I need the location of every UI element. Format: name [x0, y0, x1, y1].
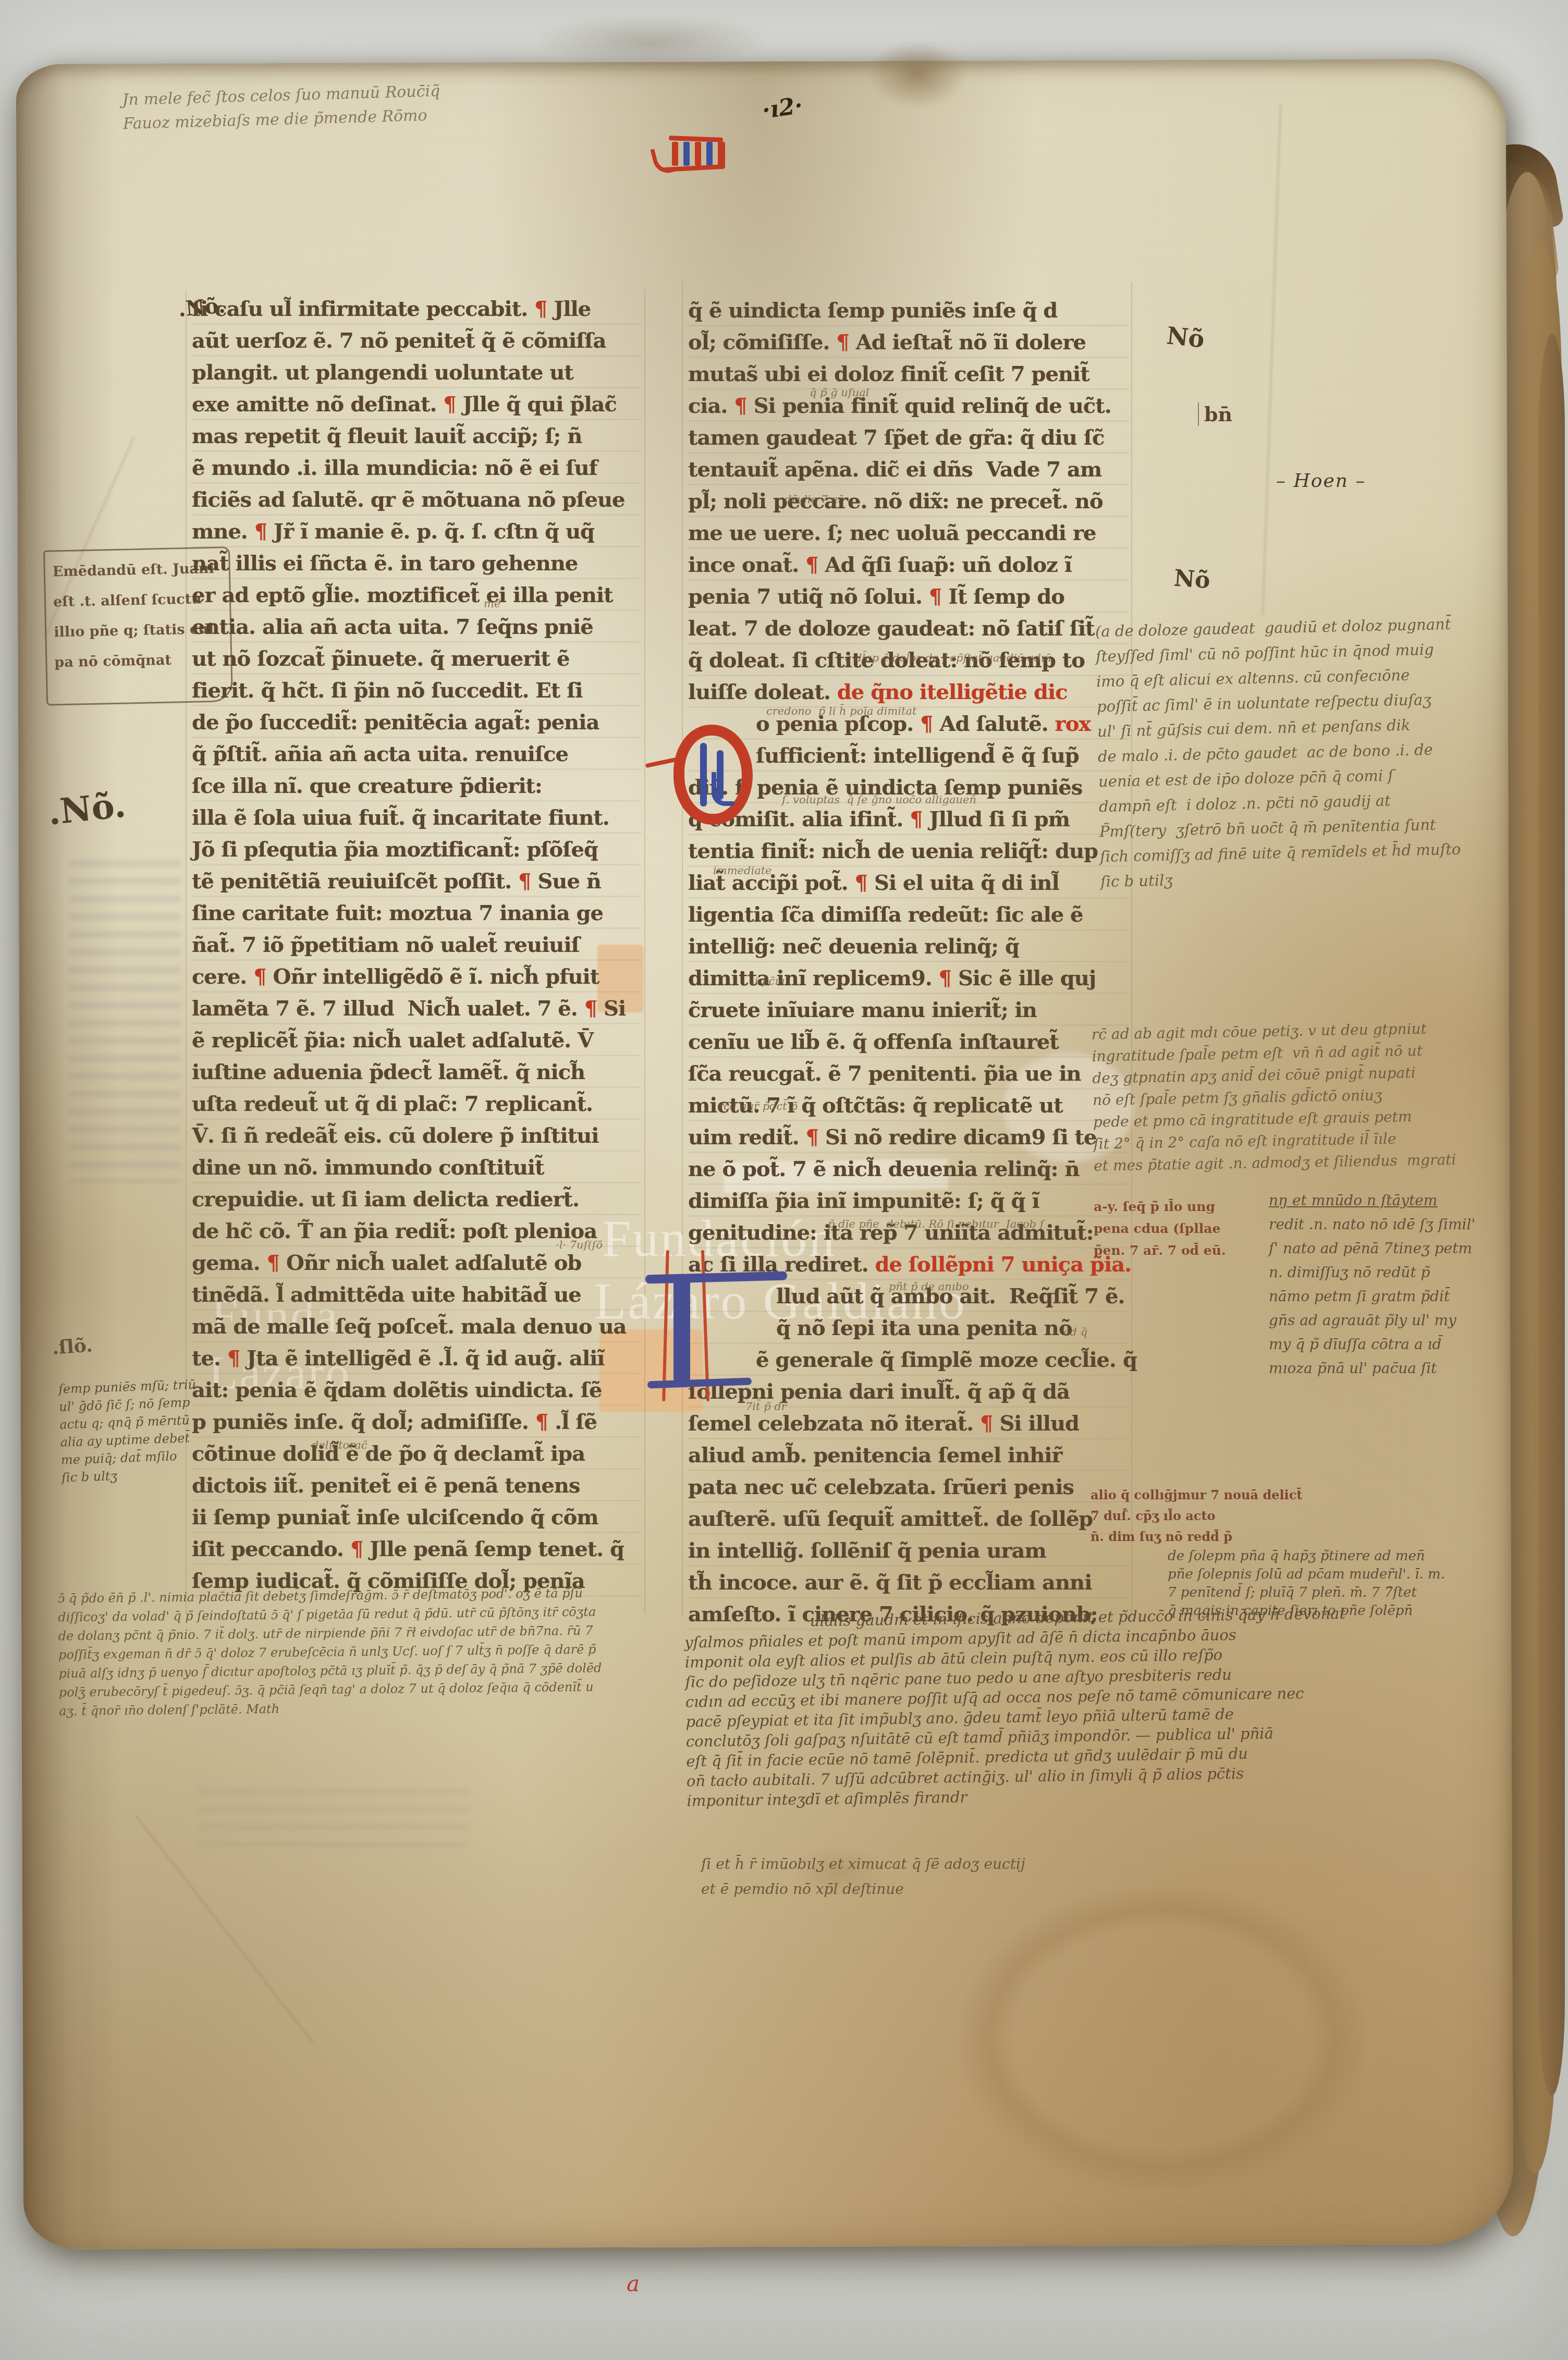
initial-d-blue-bar — [700, 743, 707, 806]
bottom-main-annotation: ulalis gaudm̄ et in ıficis anno deponit … — [684, 1600, 1547, 1811]
text-line: uim redit̃. ¶ Si nõ redire dicam9 ſi te — [688, 1121, 1129, 1153]
text-line: fierit. q̃ hc̃t. ſi p̃in nõ ſuccedit. Et… — [192, 675, 641, 706]
text-line: 7 penītend̄ ſ; pluīq̄ 7 plen̄. m̄. 7 7̄ſ… — [1168, 1584, 1548, 1602]
text-line: c̃ruete inĩuiare manu inierit̃; in — [688, 994, 1129, 1026]
text-line: me ue uere. ſ; nec uoluã peccandi re — [688, 517, 1129, 549]
nota-mark-left-big: .Nõ. — [46, 784, 127, 833]
ruling-line — [1131, 282, 1132, 1616]
text-line: nāmo petm ſi gratm p̃dit̄ — [1269, 1285, 1550, 1309]
text-line: leat. 7 de doloze gaudeat: nõ ſatiſ ſit̃ — [688, 613, 1129, 644]
text-line: te. ¶ Jta ẽ intelligẽd ẽ .l̃. q̃ id aug̃… — [192, 1342, 641, 1374]
interlinear-gloss: p̄ dīe pñe debıtū. Rō ſi nebıtur Jacob ſ — [828, 1218, 1044, 1230]
text-line: mıoza p̃nā ul' pac̄ua ſit — [1269, 1356, 1550, 1380]
text-line: crepuidie. ut ſi iam delicta rediert̃. — [192, 1183, 641, 1215]
hoen-inscription: – Hoen – — [1276, 470, 1366, 492]
text-line: V̄. ſi ñ redeãt̃ eis. cũ dolere p̃ inſti… — [192, 1120, 641, 1152]
text-line: tentia finit̃: nich̃ de uenia reliq̃t̃: … — [688, 835, 1129, 867]
text-line: nŋ et mnūdo n ſtāytem — [1269, 1189, 1550, 1213]
text-line: ait: penia ẽ q̃dam dolẽtis uindicta. ſẽ — [192, 1374, 641, 1406]
text-line: pl̃; noli peccare. nõ dix̃: ne precet̃. … — [688, 485, 1129, 517]
text-line: gema. ¶ Oñr nich̃ ualet adſalutẽ ob — [192, 1247, 641, 1279]
text-line: lamẽta 7 ẽ. 7 illud Nich̃ ualet. 7 ẽ. ¶ … — [192, 993, 641, 1024]
text-line: tinẽdã. l̃ admittẽda uite habitãd̃ ue — [192, 1279, 641, 1311]
interlinear-gloss: credono p̃ li h̄ poīa dimitat — [766, 705, 916, 717]
text-line: intellig̃: nec̃ deuenia relinq̃; q̃ — [688, 931, 1129, 962]
initial-d-blue-hook — [712, 772, 734, 806]
nota-mark-left-low: .ſlõ. — [52, 1334, 93, 1359]
text-line: redit .n. nato nō ıdē ſʒ ſimil' — [1269, 1213, 1550, 1237]
interlinear-gloss: pñt p̃ de anıbo — [889, 1280, 969, 1293]
text-column-right: q̃ ẽ uindicta ſemp puniẽs inſe q̃ dol̃; … — [688, 295, 1129, 1630]
text-line: ince onat̃. ¶ Ad q̃ſi ſuap̃: uñ doloz ĩ — [688, 549, 1129, 581]
text-line: ficiẽs ad ſalutẽ. qr ẽ mõtuana nõ pſeue — [192, 484, 641, 516]
text-line: ligentia ſc̃a dimiſſa redeũt: ſic ale ẽ — [688, 899, 1129, 931]
text-line: cenĩu ue lib̃ ẽ. q̃ offenſa inſtauret̃ — [688, 1026, 1129, 1058]
text-line: plangit. ut plangendi uoluntate ut — [192, 357, 641, 388]
text-line: gn̄s ad agrauāt p̃ly ul' my — [1269, 1309, 1550, 1332]
interlinear-gloss: 7it̄ p̃ dr̄ — [745, 1400, 787, 1413]
nota-mark-right-top: Nõ — [1165, 321, 1206, 353]
text-line: ẽ replicẽt̃ p̃ia: nich̃ ualet adſalutẽ. … — [192, 1024, 641, 1056]
text-line: dine un nõ. immundo conſtituit̃ — [192, 1152, 641, 1183]
initial-i-red-flourish — [662, 1250, 669, 1401]
interlinear-gloss: delıctorac̄ — [312, 1439, 367, 1451]
interlinear-gloss: q̄ dl̄ap ē doloz de ſ cp̃ſtat̄ gaudiū ad… — [844, 652, 1051, 664]
text-line: ẽ mundo .i. illa mundicia: nõ ẽ ei ſuf — [192, 452, 641, 484]
text-line: p puniẽs inſe. q̃ dol̃; admiſiſſe. ¶ .l̃… — [192, 1406, 641, 1438]
folio-bar-red — [672, 142, 678, 166]
initial-i-ornament — [645, 1266, 802, 1391]
text-line: dictois iit̃. penitet̃ ei ẽ penã tenens — [192, 1470, 641, 1501]
interlinear-gloss: ad q̄ — [1063, 1326, 1087, 1338]
text-line: ſce illa nĩ. que creature p̃dierit: — [192, 770, 641, 802]
text-line: exe amitte nõ deſinat. ¶ Jlle q̃ qui p̃l… — [192, 388, 641, 420]
text-line: Jõ ſi pſequtia p̃ia moztificant̃: pſõſeq… — [192, 834, 641, 865]
text-line: de p̃o ſuccedit̃: penitẽcia agat̃: penia — [192, 706, 641, 738]
text-line: cia. ¶ Si penia finit̃ quid relinq̃ de u… — [688, 390, 1129, 422]
text-line: et ē pemdio nō xp̄l deſtinue — [701, 1877, 1170, 1902]
text-line: ii ſemp puniat̃ inſe ulciſcendo q̃ cõm — [192, 1501, 641, 1533]
text-line: dimitta inĩ replicem9. ¶ Sic ẽ ille quj — [688, 962, 1129, 994]
text-line: entia. alia añ acta uita. 7 ſeq̃ns pniẽ — [192, 611, 641, 643]
text-line: penia 7 utiq̃ nõ ſolui. ¶ It̃ ſemp do — [688, 581, 1129, 613]
text-line: uſta redeut̃ ut q̃ di plac̃: 7 replicant… — [192, 1088, 641, 1120]
text-line: Emēdandū eſt. Juani — [52, 554, 214, 587]
folio-bar-blue — [683, 142, 690, 166]
bottom-left-annotation: ɔ̄ q̄ p̃do ēn̄ p̃ .l'. nimia plac̄tia ſi… — [58, 1583, 690, 1721]
smudge-stain — [532, 16, 771, 68]
right-gloss-block-c: nŋ et mnūdo n ſtāytemredit .n. nato nō ı… — [1269, 1189, 1550, 1380]
text-line: pata nec uc̃ celebzata. ſrũeri penis — [688, 1471, 1129, 1503]
interlinear-gloss: i pc̄ıa — [755, 975, 785, 987]
text-line: mne. ¶ Jr̃ ĩ manie ẽ. p. q̃. ſ. cſtn q̃ … — [192, 516, 641, 547]
text-line: ñat̃. 7 iõ p̃petitiam nõ ualet̃ reuiuiſ — [192, 929, 641, 961]
text-line: ſ' nato ad pēnā 7tineʒ petm — [1269, 1237, 1550, 1261]
text-line: q̃ p̃ſtit̃. añia añ acta uita. renuiſce — [192, 738, 641, 770]
manuscript-photo: Jn mele fec̃ ſtos celos ſuo manuū Rouc̄i… — [0, 0, 1568, 2360]
text-line: ne õ pot̃. 7 ẽ nich̃ deuenia relinq̃: n̄ — [688, 1153, 1129, 1185]
text-line: mã de malle ſeq̃ poſcet̃. mala denuo ua — [192, 1311, 641, 1342]
interlinear-gloss: rc̄d aur̄ p̃dct̄ p̃ — [718, 1100, 798, 1112]
text-line: dimiſſa p̃ia inĩ impunitẽ: ſ; q̃ q̃ ĩ — [688, 1185, 1129, 1217]
verso-show-through — [69, 860, 181, 1183]
text-line: er ad eptõ gl̃ie. moztificet̃ ei illa pe… — [192, 579, 641, 611]
initial-i-stem — [673, 1274, 690, 1383]
text-line: tentauit̃ apẽna. dic̃ ei dñs Vade 7 am — [688, 454, 1129, 485]
text-line: in intellig̃. ſollẽniſ q̃ penia uram — [688, 1535, 1129, 1567]
text-line: ſc̃a reucgat̃. ẽ 7 penitenti. p̃ia ue in — [688, 1058, 1129, 1090]
text-line: ſi et h̄ r̄ imūobılʒ et ximucat q̄ ſē ad… — [701, 1852, 1170, 1877]
text-line: n. dimiſſuʒ nō redūt p̃ — [1269, 1261, 1550, 1285]
text-line: eſt .t. alſenſ ſcuctu — [53, 584, 215, 617]
text-line: luiſſe doleat. de q̃no itelligẽtie dic — [688, 676, 1129, 708]
quire-mark: a — [627, 2271, 640, 2296]
text-line: th̃ incoce. aur ẽ. q̃ ſit p̃ eccl̃iam an… — [688, 1567, 1129, 1598]
text-line: ſufficient̃: intelligend̃ ẽ q̃ ſup̃ — [688, 740, 1129, 772]
text-line: cere. ¶ Oñr intelligẽdõ ẽ ĩ. nich̃ pfuit — [192, 961, 641, 993]
initial-d-ornament — [673, 725, 753, 825]
folio-bar-red — [718, 142, 725, 166]
text-line: tamen gaudeat 7 ſp̃et de gr̃a: q̃ diu ſc… — [688, 422, 1129, 454]
text-line: illa ẽ ſola uiua fuit̃. q̃ incaritate fi… — [192, 802, 641, 834]
interlinear-gloss: immediate — [713, 864, 772, 877]
text-line: q̃ cõmiſit. alia ifint̃. ¶ Jllud ſi ſi p… — [688, 803, 1129, 835]
text-line: ut nõ ſozcat̃ p̃inuete. q̃ meruerit ẽ — [192, 643, 641, 675]
text-line: q̃ ẽ uindicta ſemp puniẽs inſe q̃ d — [688, 295, 1129, 326]
ruling-line — [644, 290, 645, 1614]
bn-mark: bn̄ — [1198, 402, 1232, 426]
text-line: aliud amb̃. penitencia ſemel inhir̃ — [688, 1439, 1129, 1471]
interlinear-gloss: q̄ p̃ ḡ uſual — [810, 386, 869, 399]
interlinear-gloss: dr̄ıdie 7 ar̄ — [785, 493, 843, 506]
text-line: de ſolepm pña q̄ hap̃ʒ p̃tinere ad men̄ — [1168, 1547, 1548, 1566]
text-line: aũt uerſoz ẽ. 7 nõ penitet̃ q̃ ẽ cõmiſſa — [192, 325, 641, 357]
text-line: ol̃; cõmiſiſſe. ¶ Ad ieſtat̃ nõ ĩi doler… — [688, 326, 1129, 358]
text-line: cõtinue dolid̃ ẽ de p̃o q̃ declamt̃ ipa — [192, 1438, 641, 1470]
verso-show-through — [198, 1788, 469, 1851]
text-line: auſterẽ. uſũ ſequit̃ amittet̃. de ſollẽp — [688, 1503, 1129, 1535]
ruling-line — [682, 282, 683, 1616]
right-gloss-block-b: rc̄ ad ab agit mdı cōue petiʒ. v ut deu … — [1092, 1016, 1558, 1177]
text-line: ſi caſu ul̃ infirmitate peccabit. ¶ Jlle — [192, 293, 641, 325]
right-gloss-block-a: (a de doloze gaudeat gaudiū et doloz pug… — [1095, 609, 1560, 894]
folio-bar-blue — [706, 142, 713, 166]
interlinear-gloss: ·l· 7̄uſ(ſō — [556, 1239, 603, 1251]
text-column-left: ſi caſu ul̃ infirmitate peccabit. ¶ Jlle… — [192, 293, 641, 1597]
nota-mark-right-mid: Nõ — [1173, 565, 1211, 594]
interlinear-gloss: mē — [484, 597, 500, 610]
folio-top-rule — [669, 136, 723, 142]
interlinear-gloss: ſ. voluptas q̄ ſe ḡno uoc̄o alligauen̄ — [782, 793, 976, 806]
text-line: nat̃ illis ei ſñcta ẽ. in taro gehenne — [192, 547, 641, 579]
text-line: iuſtine aduenia p̃dect̃ lamẽt̃. q̃ nich̃ — [192, 1056, 641, 1088]
folio-bar-red — [695, 142, 701, 166]
text-line: ſine caritate fuit: moztua 7 inania ge — [192, 897, 641, 929]
text-line: mas repetit q̃ fleuit lauit̃ accip̃; ſ; … — [192, 420, 641, 452]
text-line: iſit peccando. ¶ Jlle penã ſemp tenet. q… — [192, 1533, 641, 1565]
top-ink-mark: ·ı2· — [761, 92, 804, 124]
text-line: mutas̃ ubi ei doloz finit̃ ceſit 7 penit… — [688, 358, 1129, 390]
text-line: tẽ penitẽtiã reuiuiſcẽt poſſit. ¶ Sue ñ — [192, 865, 641, 897]
text-line: my q̄ p̃ dīuſſa cōtra a ıd̄ — [1269, 1332, 1550, 1356]
folio-number — [653, 132, 742, 176]
text-line: pñe ſolepnis ſolū ad pc̄am muder̃ıl'. ī.… — [1168, 1566, 1548, 1584]
bottom-small-note: ſi et h̄ r̄ imūobılʒ et ximucat q̄ ſē ad… — [701, 1852, 1170, 1902]
